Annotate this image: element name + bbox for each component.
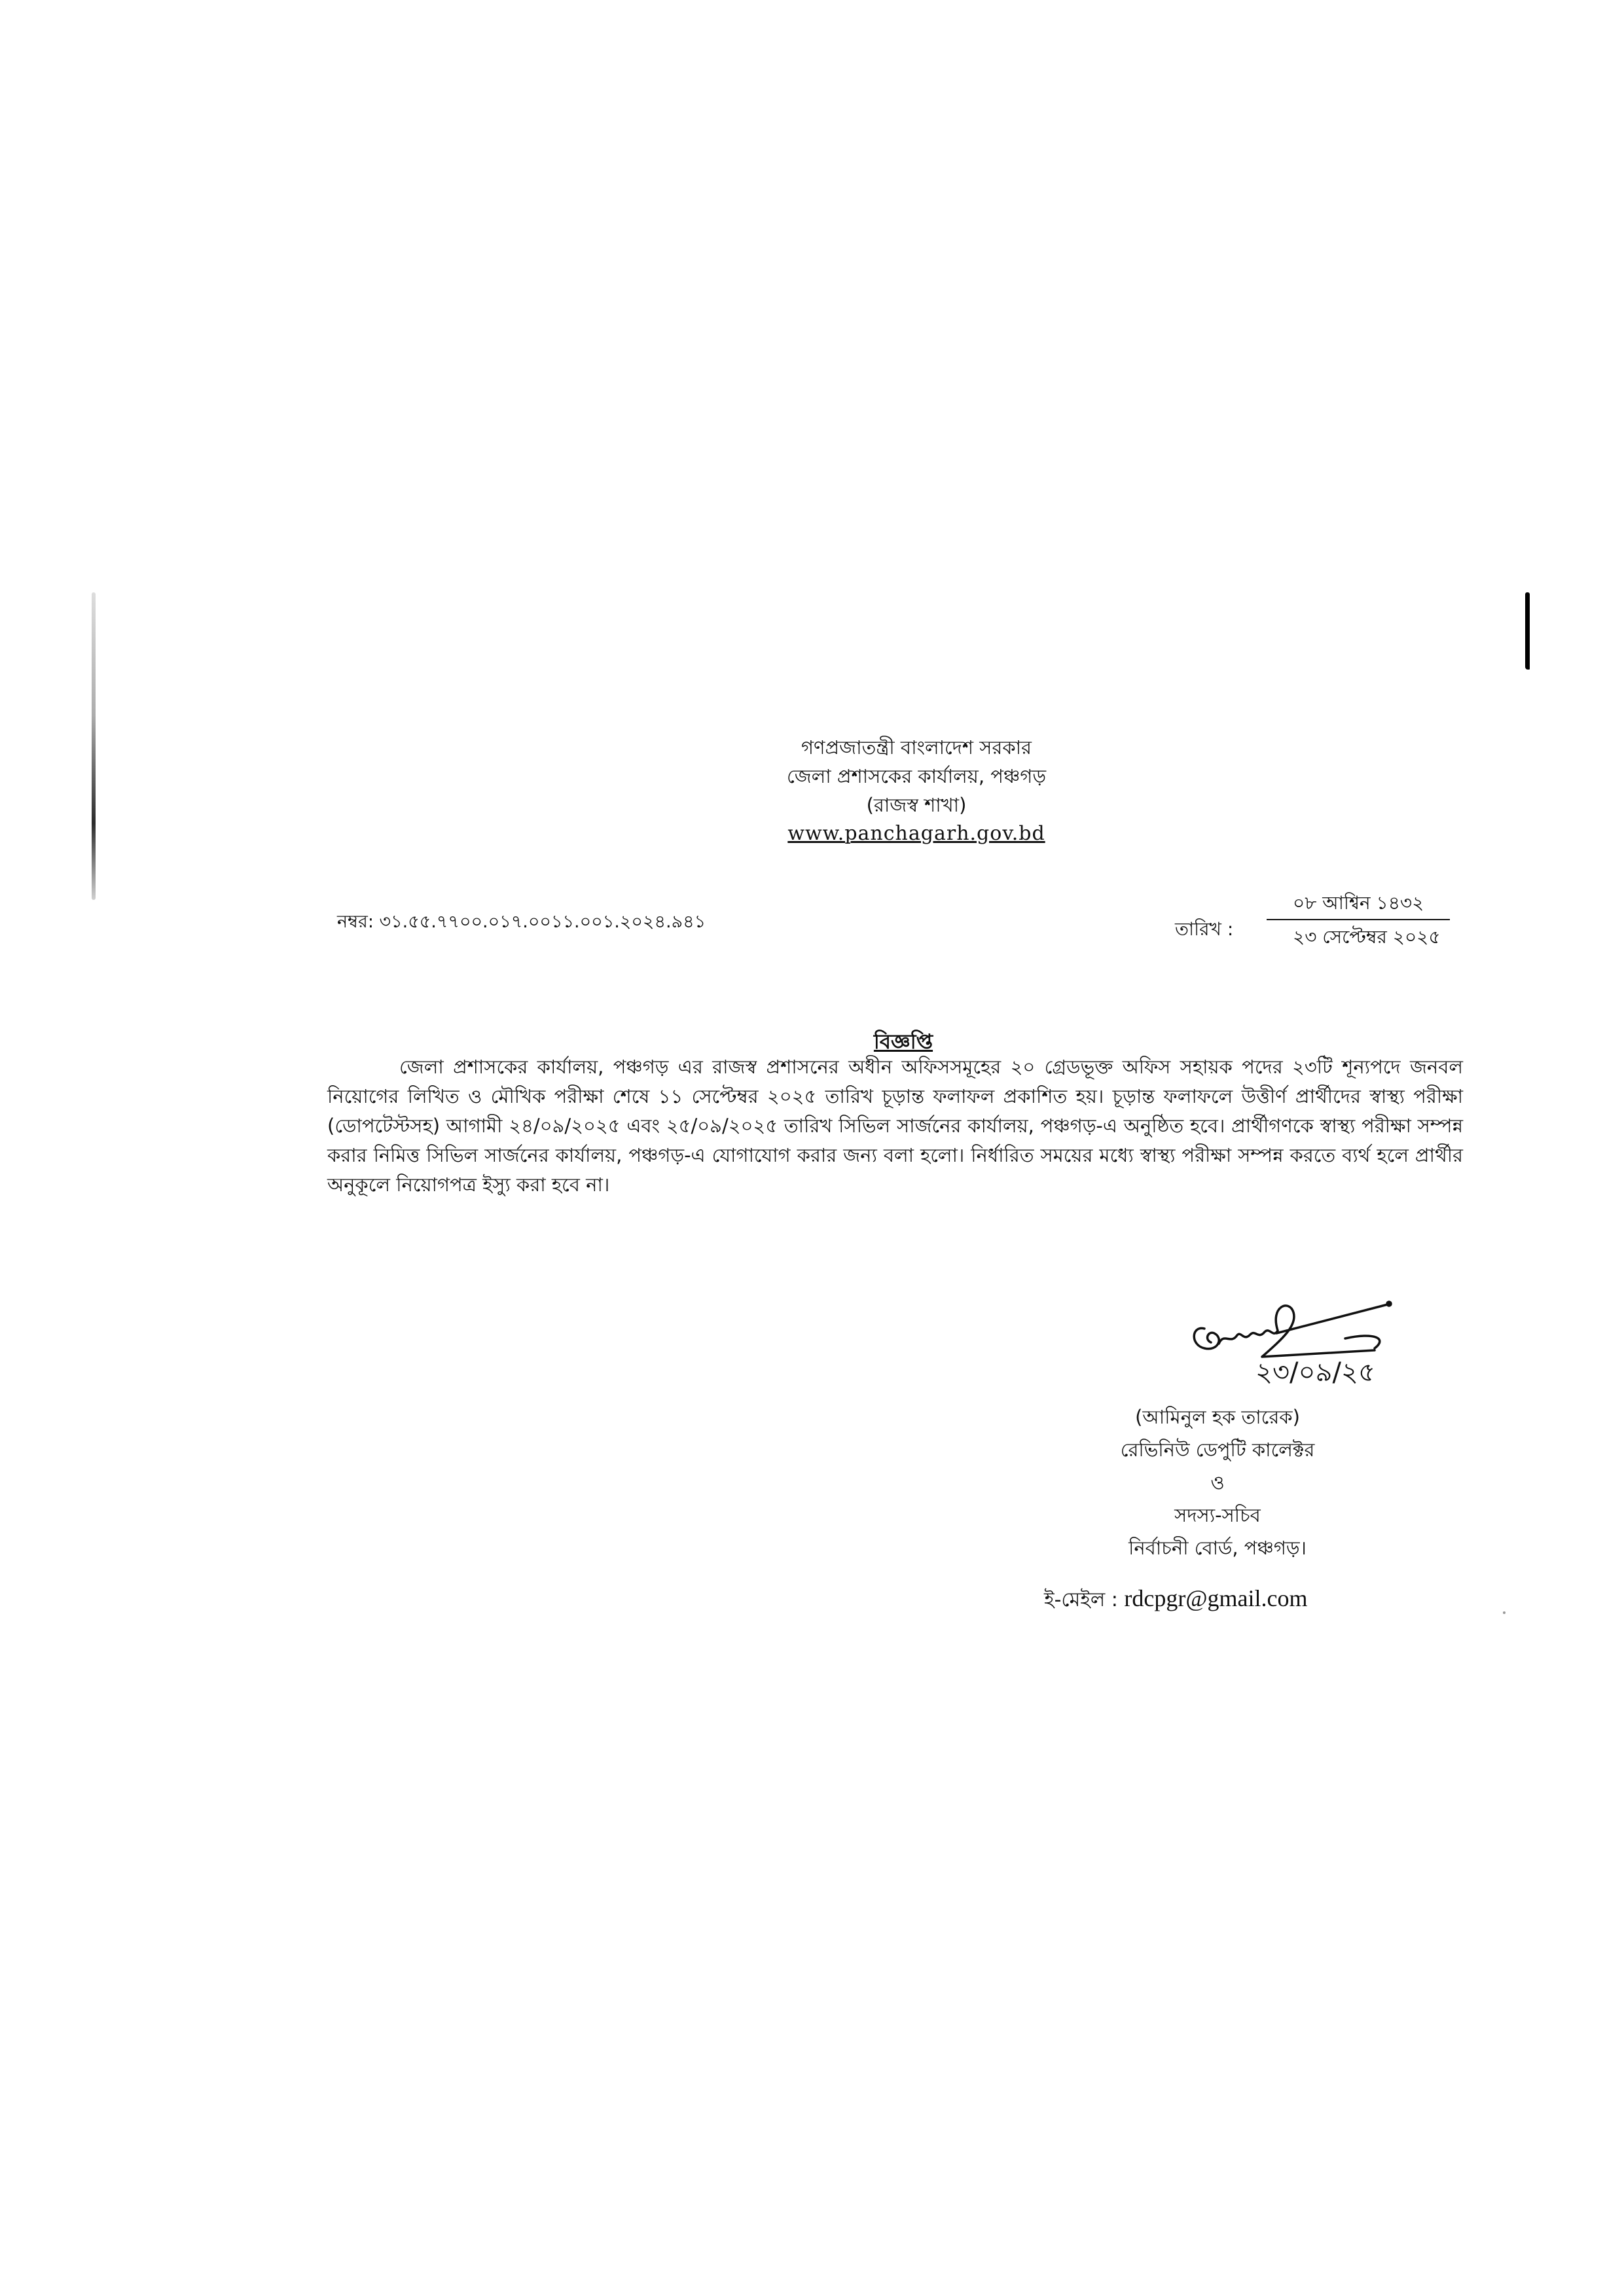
date-fraction: ০৮ আশ্বিন ১৪৩২ ২৩ সেপ্টেম্বর ২০২৫: [1267, 890, 1450, 950]
email-label: ই-মেইল :: [1044, 1588, 1118, 1611]
date-bangla: ০৮ আশ্বিন ১৪৩২: [1267, 890, 1450, 916]
email-line: ই-মেইল : rdcpgr@gmail.com: [1044, 1584, 1308, 1617]
reference-number: নম্বর: ৩১.৫৫.৭৭০০.০১৭.০০১১.০০১.২০২৪.৯৪১: [337, 908, 706, 938]
letterhead: গণপ্রজাতন্ত্রী বাংলাদেশ সরকার জেলা প্রশা…: [655, 733, 1178, 848]
signatory-conjunction: ও: [1034, 1466, 1401, 1499]
scan-edge-artifact-right: [1525, 592, 1530, 670]
website-link[interactable]: www.panchagarh.gov.bd: [655, 819, 1178, 848]
signatory-role: সদস্য-সচিব: [1034, 1499, 1401, 1532]
date-label: তারিখ :: [1175, 915, 1233, 946]
scan-edge-artifact-left: [92, 592, 96, 900]
svg-text:২৩/০৯/২৫: ২৩/০৯/২৫: [1255, 1357, 1375, 1388]
office-name: জেলা প্রশাসকের কার্যালয়, পঞ্চগড়: [655, 762, 1178, 791]
government-name: গণপ্রজাতন্ত্রী বাংলাদেশ সরকার: [655, 733, 1178, 762]
handwritten-signature-icon: ২৩/০৯/২৫: [1178, 1293, 1453, 1391]
date-gregorian: ২৩ সেপ্টেম্বর ২০২৫: [1267, 924, 1450, 950]
signature-image: ২৩/০৯/২৫: [1178, 1293, 1453, 1391]
signatory-name: (আমিনুল হক তারেক): [1034, 1401, 1401, 1433]
email-address[interactable]: rdcpgr@gmail.com: [1124, 1585, 1307, 1611]
branch-name: (রাজস্ব শাখা): [655, 791, 1178, 819]
signatory-designation: রেভিনিউ ডেপুটি কালেক্টর: [1034, 1433, 1401, 1466]
signatory-block: (আমিনুল হক তারেক) রেভিনিউ ডেপুটি কালেক্ট…: [1034, 1401, 1401, 1564]
date-divider: [1267, 919, 1450, 920]
scan-speck: [1503, 1611, 1506, 1614]
signatory-board: নির্বাচনী বোর্ড, পঞ্চগড়।: [1034, 1532, 1401, 1564]
notice-body: জেলা প্রশাসকের কার্যালয়, পঞ্চগড় এর রাজ…: [327, 1052, 1463, 1200]
